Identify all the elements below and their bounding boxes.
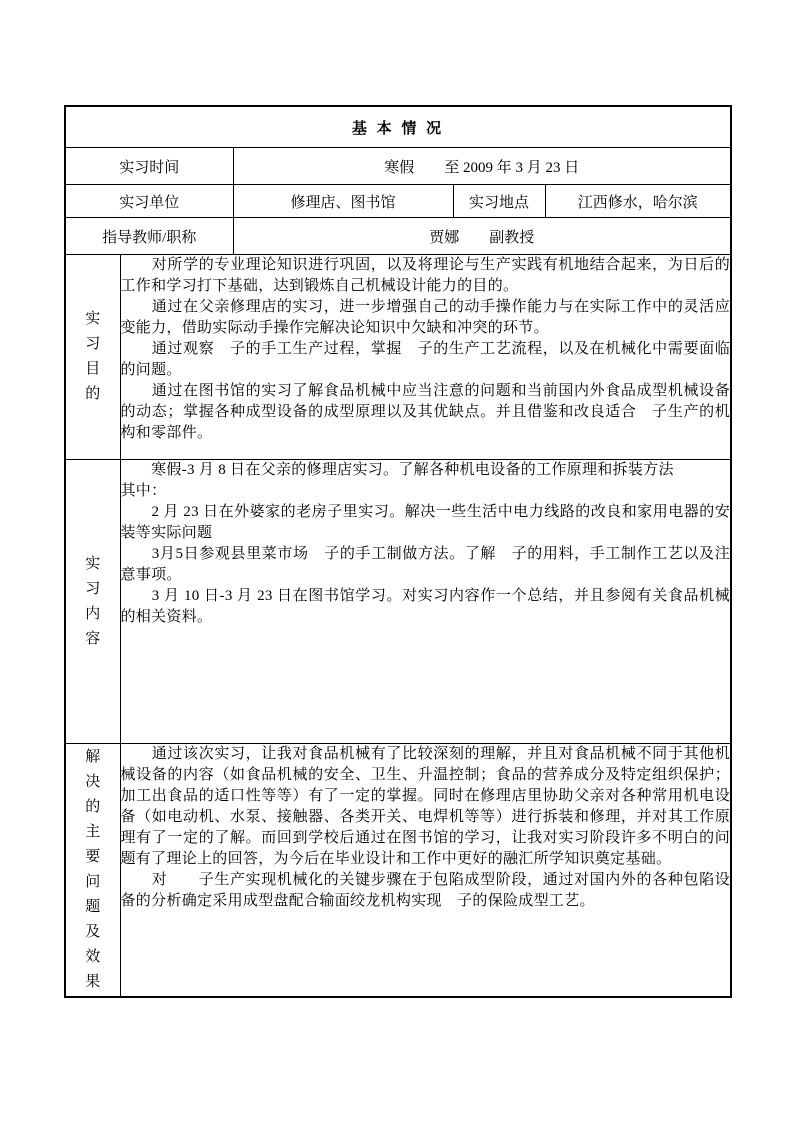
practice-time-value: 寒假 至 2009 年 3 月 23 日 bbox=[233, 148, 731, 185]
paragraph: 通过在父亲修理店的实习，进一步增强自己的动手操作能力与在实际工作中的灵活应变能力… bbox=[121, 297, 731, 339]
paragraph: 通过该次实习，让我对食品机械有了比较深刻的理解，并且对食品机械不同于其他机械设备… bbox=[121, 744, 731, 870]
document-page: 基 本 情 况 实习时间 寒假 至 2009 年 3 月 23 日 实习单位 修… bbox=[0, 0, 794, 1123]
section-purpose-label: 实 习 目 的 bbox=[65, 255, 120, 460]
basic-info-table: 基 本 情 况 实习时间 寒假 至 2009 年 3 月 23 日 实习单位 修… bbox=[64, 105, 732, 998]
section-content-label: 实 习 内 容 bbox=[65, 460, 120, 744]
section-purpose-row: 实 习 目 的 对所学的专业理论知识进行巩固，以及将理论与生产实践有机地结合起来… bbox=[65, 255, 731, 460]
section-content-body: 寒假-3 月 8 日在父亲的修理店实习。了解各种机电设备的工作原理和拆装方法其中… bbox=[120, 460, 731, 744]
practice-unit-value: 修理店、图书馆 bbox=[233, 185, 453, 218]
practice-place-value: 江西修水，哈尔滨 bbox=[545, 185, 731, 218]
teacher-label: 指导教师/职称 bbox=[65, 218, 233, 255]
practice-unit-label: 实习单位 bbox=[65, 185, 233, 218]
paragraph: 通过观察 子的手工生产过程，掌握 子的生产工艺流程，以及在机械化中需要面临的问题… bbox=[121, 339, 731, 381]
practice-time-label: 实习时间 bbox=[65, 148, 233, 185]
section-purpose-body: 对所学的专业理论知识进行巩固，以及将理论与生产实践有机地结合起来，为日后的工作和… bbox=[120, 255, 731, 460]
paragraph: 3月5日参观县里菜市场 子的手工制做方法。了解 子的用料，手工制作工艺以及注意事… bbox=[121, 544, 731, 586]
paragraph: 通过在图书馆的实习了解食品机械中应当注意的问题和当前国内外食品成型机械设备的动态… bbox=[121, 381, 731, 444]
paragraph: 其中： bbox=[121, 481, 731, 502]
teacher-row: 指导教师/职称 贾娜 副教授 bbox=[65, 218, 731, 255]
paragraph: 对 子生产实现机械化的关键步骤在于包陷成型阶段，通过对国内外的各种包陷设备的分析… bbox=[121, 870, 731, 912]
paragraph: 2 月 23 日在外婆家的老房子里实习。解决一些生活中电力线路的改良和家用电器的… bbox=[121, 502, 731, 544]
form-title: 基 本 情 况 bbox=[65, 106, 731, 148]
teacher-value: 贾娜 副教授 bbox=[233, 218, 731, 255]
title-row: 基 本 情 况 bbox=[65, 106, 731, 148]
section-result-row: 解 决 的 主 要 问 题 及 效 果 通过该次实习，让我对食品机械有了比较深刻… bbox=[65, 744, 731, 998]
practice-unit-row: 实习单位 修理店、图书馆 实习地点 江西修水，哈尔滨 bbox=[65, 185, 731, 218]
section-content-row: 实 习 内 容 寒假-3 月 8 日在父亲的修理店实习。了解各种机电设备的工作原… bbox=[65, 460, 731, 744]
paragraph: 对所学的专业理论知识进行巩固，以及将理论与生产实践有机地结合起来，为日后的工作和… bbox=[121, 255, 731, 297]
practice-place-label: 实习地点 bbox=[453, 185, 545, 218]
paragraph: 寒假-3 月 8 日在父亲的修理店实习。了解各种机电设备的工作原理和拆装方法 bbox=[121, 460, 731, 481]
section-result-label: 解 决 的 主 要 问 题 及 效 果 bbox=[65, 744, 120, 998]
section-result-body: 通过该次实习，让我对食品机械有了比较深刻的理解，并且对食品机械不同于其他机械设备… bbox=[120, 744, 731, 998]
practice-time-row: 实习时间 寒假 至 2009 年 3 月 23 日 bbox=[65, 148, 731, 185]
paragraph: 3 月 10 日-3 月 23 日在图书馆学习。对实习内容作一个总结，并且参阅有… bbox=[121, 586, 731, 628]
